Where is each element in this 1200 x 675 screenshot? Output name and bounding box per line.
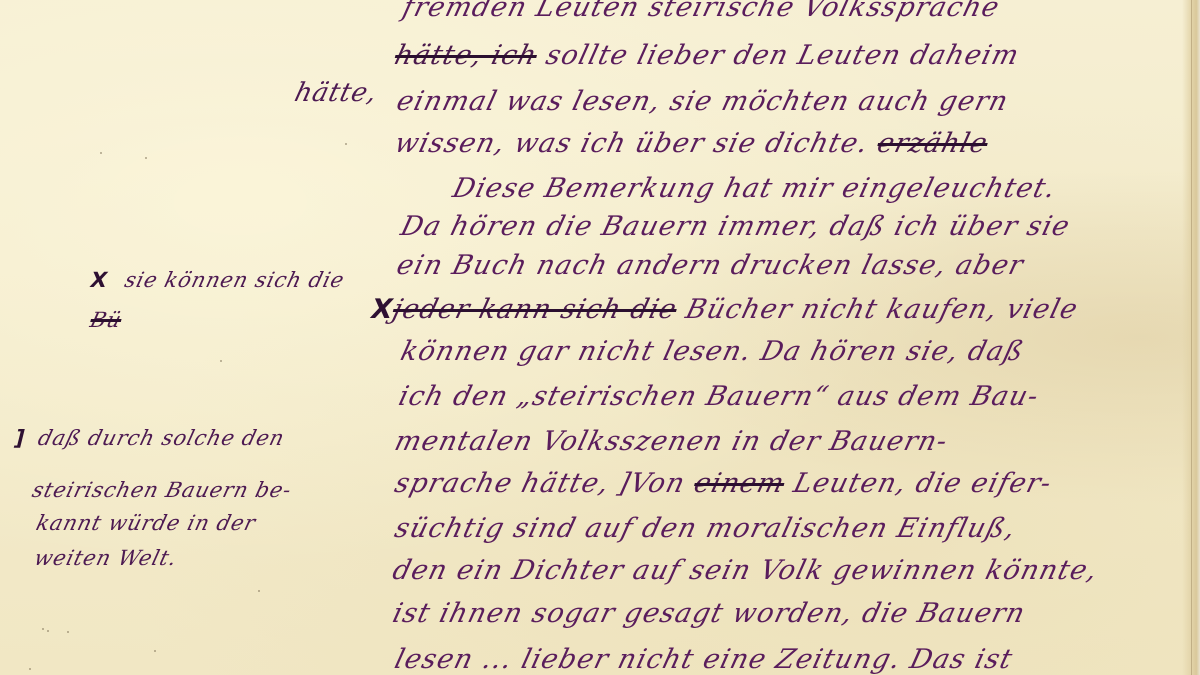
margin-note-struck-text: Bü: [88, 308, 125, 332]
line-text: lesen ... lieber nicht eine Zeitung. Das…: [392, 644, 1017, 675]
main-text-line: mentalen Volksszenen in der Bauern-: [392, 428, 951, 455]
line-text: wissen, was ich über sie dichte.: [392, 128, 882, 159]
margin-note-bracket-line4: weiten Welt.: [32, 548, 179, 569]
main-text-line: hätte, ich sollte lieber den Leuten dahe…: [392, 42, 1022, 69]
margin-note-x-line1: X sie können sich die: [88, 270, 347, 291]
manuscript-page: hätte, X sie können sich die Bü ] daß du…: [0, 0, 1200, 675]
margin-note-x-line2: Bü: [88, 310, 124, 331]
paper-edge-line: [1191, 0, 1192, 675]
paper-speck: [258, 590, 260, 592]
main-text-line: lesen ... lieber nicht eine Zeitung. Das…: [392, 646, 1016, 673]
main-text-line: sprache hätte, ]Von einem Leuten, die ei…: [392, 470, 1055, 497]
paper-speck: [145, 157, 147, 159]
paper-speck: [100, 152, 102, 154]
main-text-line: Da hören die Bauern immer, daß ich über …: [398, 213, 1073, 240]
main-text-line: ein Buch nach andern drucken lasse, aber: [394, 252, 1027, 279]
struck-text: einem: [691, 468, 788, 499]
margin-note-text: kannt würde in der: [34, 511, 259, 535]
main-text-line: wissen, was ich über sie dichte. erzähle: [392, 130, 991, 157]
paper-speck: [67, 631, 69, 633]
struck-text: hätte, ich: [392, 40, 541, 71]
line-text: ich den „steirischen Bauern“ aus dem Bau…: [396, 381, 1043, 412]
paper-speck: [220, 360, 222, 362]
paper-speck: [29, 668, 31, 670]
margin-note-bracket-line2: steirischen Bauern be-: [30, 480, 294, 501]
paper-speck: [42, 628, 44, 630]
line-text: Diese Bemerkung hat mir eingeleuchtet.: [450, 173, 1060, 204]
main-text-line: fremden Leuten steirische Volkssprache: [400, 0, 1003, 21]
line-text: sollte lieber den Leuten daheim: [533, 40, 1023, 71]
line-text: können gar nicht lesen. Da hören sie, da…: [398, 336, 1028, 367]
margin-note-text: daß durch solche den: [36, 426, 288, 450]
struck-text: erzähle: [874, 128, 991, 159]
paper-speck: [47, 630, 49, 632]
line-text: Bücher nicht kaufen, viele: [673, 294, 1082, 325]
margin-note-bracket-line1: ] daß durch solche den: [12, 428, 287, 449]
line-text: einmal was lesen, sie möchten auch gern: [394, 86, 1012, 117]
insertion-mark-x: X: [88, 268, 111, 292]
line-text: den ein Dichter auf sein Volk gewinnen k…: [390, 555, 1102, 586]
main-text-line: einmal was lesen, sie möchten auch gern: [394, 88, 1011, 115]
margin-note-text: sie können sich die: [122, 268, 347, 292]
main-text-line: Diese Bemerkung hat mir eingeleuchtet.: [450, 175, 1059, 202]
main-text-line: den ein Dichter auf sein Volk gewinnen k…: [390, 557, 1101, 584]
line-text: fremden Leuten steirische Volkssprache: [400, 0, 1004, 23]
main-text-line: ich den „steirischen Bauern“ aus dem Bau…: [396, 383, 1042, 410]
margin-note-bracket-line3: kannt würde in der: [34, 513, 258, 534]
margin-note-text: weiten Welt.: [32, 546, 180, 570]
line-text: ein Buch nach andern drucken lasse, aber: [394, 250, 1028, 281]
insertion-mark-bracket: ]: [12, 426, 28, 450]
main-text-line: Xjeder kann sich die Bücher nicht kaufen…: [368, 296, 1081, 323]
main-text-line: können gar nicht lesen. Da hören sie, da…: [398, 338, 1027, 365]
line-text: mentalen Volksszenen in der Bauern-: [392, 426, 952, 457]
line-text: Da hören die Bauern immer, daß ich über …: [398, 211, 1074, 242]
line-text: süchtig sind auf den moralischen Einfluß…: [392, 513, 1020, 544]
paper-speck: [154, 650, 156, 652]
struck-text: jeder kann sich die: [390, 294, 681, 325]
main-text-line: ist ihnen sogar gesagt worden, die Bauer…: [390, 600, 1028, 627]
line-text: ist ihnen sogar gesagt worden, die Bauer…: [390, 598, 1029, 629]
main-text-line: süchtig sind auf den moralischen Einfluß…: [392, 515, 1019, 542]
margin-word-text: hätte,: [292, 78, 381, 108]
line-text: sprache hätte, ]Von: [392, 468, 699, 499]
margin-note-text: steirischen Bauern be-: [30, 478, 294, 502]
line-text: Leuten, die eifer-: [780, 468, 1055, 499]
paper-speck: [345, 143, 347, 145]
margin-word-top: hätte,: [292, 80, 380, 106]
